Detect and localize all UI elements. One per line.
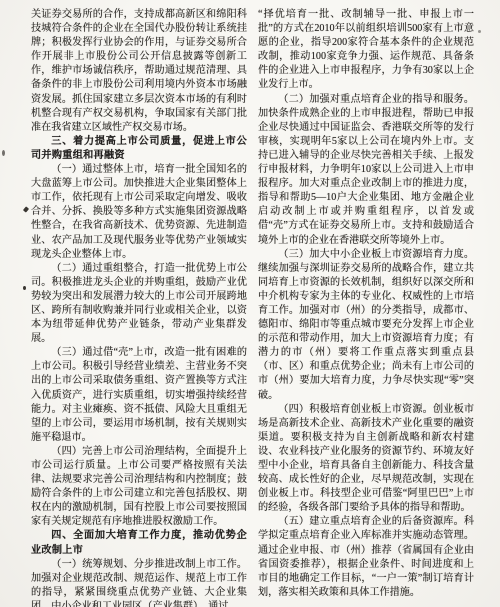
scan-speck: [478, 30, 481, 33]
scan-speck: [23, 286, 26, 290]
paragraph: （二）通过重组整合，打造一批优势上市公司。积极推进龙头企业的并购重组，鼓励产业优…: [31, 262, 247, 347]
paragraph: （二）加强对重点培育企业的指导和服务。加快条件成熟企业的上市申报进程，帮助已申报…: [258, 93, 474, 248]
paragraph-continuation: “择优培育一批、改制辅导一批、申报上市一批”的方式在2010年以前组织培训500…: [258, 8, 474, 93]
paragraph: （一）通过整体上市，培育一批全国知名的大盘蓝筹上市公司。加快推进大企业集团整体上…: [31, 163, 247, 262]
paragraph: （三）通过借“壳”上市，改造一批有困难的上市公司。积极引导经营业绩差、主营业务不…: [31, 346, 247, 445]
paragraph: （四）完善上市公司治理结构，全面提升上市公司运行质量。上市公司要严格按照有关法律…: [31, 445, 247, 530]
document-page: 关证券交易所的合作，支持成都高新区和绵阳科技城符合条件的企业在全国代办股份转让系…: [0, 0, 500, 607]
paragraph-continuation: 关证券交易所的合作，支持成都高新区和绵阳科技城符合条件的企业在全国代办股份转让系…: [31, 8, 247, 135]
scan-speck: [2, 150, 5, 156]
right-column: “择优培育一批、改制辅导一批、申报上市一批”的方式在2010年以前组织培训500…: [258, 8, 474, 601]
section-heading-4: 四、全面加大培育工作力度，推动优势企业改制上市: [31, 529, 247, 557]
left-column: 关证券交易所的合作，支持成都高新区和绵阳科技城符合条件的企业在全国代办股份转让系…: [31, 8, 247, 601]
paragraph: （四）积极培育创业板上市资源。创业板市场是高新技术企业、高新技术产业化重要的融资…: [258, 403, 474, 516]
paragraph: （一）统筹规划、分步推进改制上市工作。加强对企业规范改制、规范运作、规范上市工作…: [31, 558, 247, 607]
paragraph: （三）加大中小企业板上市资源培育力度。继续加强与深圳证券交易所的战略合作，建立共…: [258, 248, 474, 403]
section-heading-3: 三、着力提高上市公司质量，促进上市公司并购重组和再融资: [31, 135, 247, 163]
scan-speck: [23, 206, 29, 212]
paragraph: （五）建立重点培育企业的后备资源库。科学拟定重点培育企业入库标准并实施动态管理。…: [258, 515, 474, 600]
